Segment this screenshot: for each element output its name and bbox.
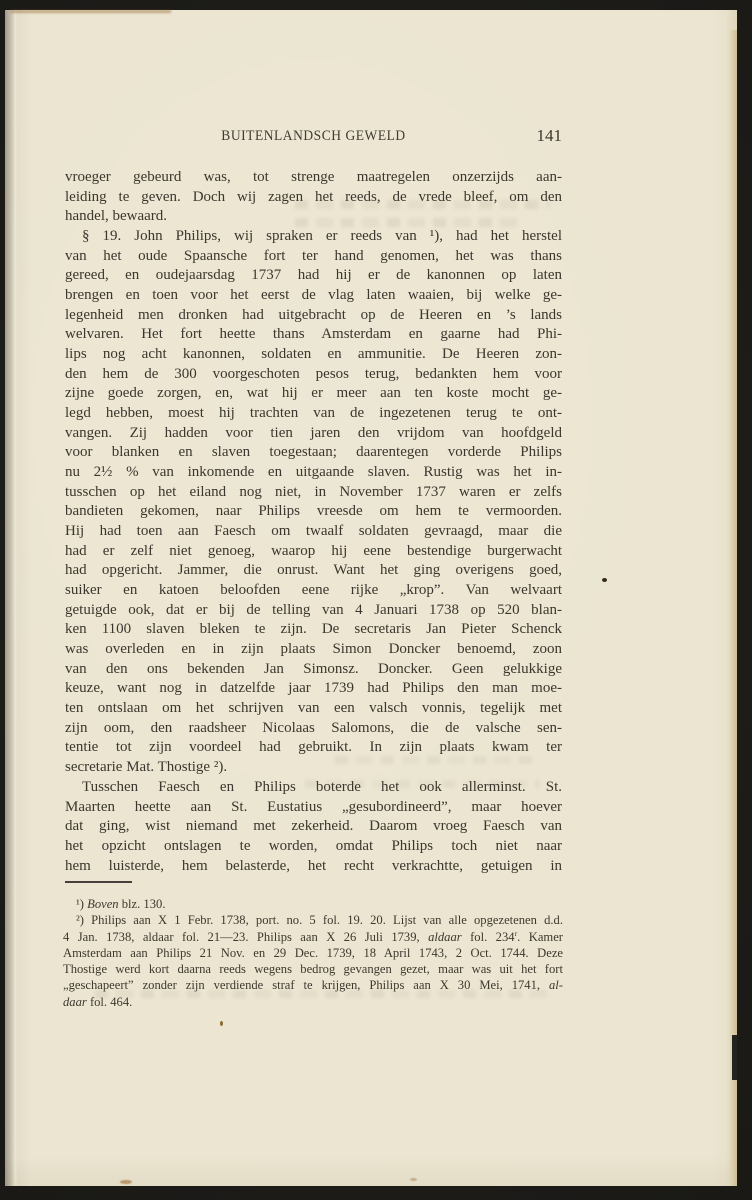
body-text-line: hem luisterde, hem belasterde, het recht…: [65, 857, 562, 877]
body-text-line: bandieten gekomen, naar Philips vreesde …: [65, 502, 562, 522]
body-text-line: suiker en katoen beloofden eene rijke „k…: [65, 581, 562, 601]
foxing-spot: [120, 1180, 132, 1184]
body-text-line: gereed, en oudejaarsdag 1737 had hij er …: [65, 266, 562, 286]
ink-speck: [602, 578, 607, 582]
footnote-line: ¹) Boven blz. 130.: [63, 896, 563, 912]
body-text-line: van het oude Spaansche fort ter hand gen…: [65, 247, 562, 267]
body-text-line: keuze, want nog in datzelfde jaar 1739 h…: [65, 679, 562, 699]
footnote-line: daar fol. 464.: [63, 994, 563, 1010]
footnotes: ¹) Boven blz. 130.²) Philips aan X 1 Feb…: [63, 896, 563, 1010]
footnote-separator-rule: [65, 881, 132, 883]
body-text-line: leiding te geven. Doch wij zagen het ree…: [65, 188, 562, 208]
body-text-line: voor blanken en slaven toegestaan; daare…: [65, 443, 562, 463]
footnote-line: 4 Jan. 1738, aldaar fol. 21—23. Philips …: [63, 929, 563, 945]
body-text-line: legd hebben, moest hij trachten van de i…: [65, 404, 562, 424]
body-text: vroeger gebeurd was, tot strenge maatreg…: [65, 168, 562, 876]
body-text-line: had er zelf niet genoeg, waarop hij eene…: [65, 542, 562, 562]
body-text-line: § 19. John Philips, wij spraken er reeds…: [65, 227, 562, 247]
footnote-line: ²) Philips aan X 1 Febr. 1738, port. no.…: [63, 912, 563, 928]
body-text-line: Maarten heette aan St. Eustatius „gesubo…: [65, 798, 562, 818]
footnote-line: „geschapeert” zonder zijn verdiende stra…: [63, 977, 563, 993]
page-left-edge: [5, 10, 18, 1186]
body-text-line: dat ging, wist niemand met zekerheid. Da…: [65, 817, 562, 837]
body-text-line: legenheid men dronken had uitgebracht op…: [65, 306, 562, 326]
body-text-line: zijne goede zorgen, en, wat hij er meer …: [65, 384, 562, 404]
body-text-line: secretarie Mat. Thostige ²).: [65, 758, 562, 778]
ink-speck: [220, 1021, 223, 1026]
body-text-line: getuigde ook, dat er bij de telling van …: [65, 601, 562, 621]
book-page: BUITENLANDSCH GEWELD 141 vroeger gebeurd…: [5, 10, 737, 1186]
page-top-edge-stain: [11, 10, 171, 13]
body-text-line: den hem de 300 voorgeschoten pesos terug…: [65, 365, 562, 385]
scan-background: { "header": { "title": "BUITENLANDSCH GE…: [0, 0, 752, 1200]
page-edge-notch: [732, 1035, 737, 1080]
body-text-line: was overleden en in zijn plaats Simon Do…: [65, 640, 562, 660]
body-text-line: Tusschen Faesch en Philips boterde het o…: [65, 778, 562, 798]
body-text-line: zijn oom, den raadsheer Nicolaas Salomon…: [65, 719, 562, 739]
footnote-line: Amsterdam aan Philips 21 Nov. en 29 Dec.…: [63, 945, 563, 961]
body-text-line: tusschen op het eiland nog niet, in Nove…: [65, 483, 562, 503]
foxing-spot: [410, 1178, 417, 1181]
body-text-line: ten ontslaan om het schrijven van een va…: [65, 699, 562, 719]
body-text-line: handel, bewaard.: [65, 207, 562, 227]
body-text-line: vangen. Zij hadden voor tien jaren den v…: [65, 424, 562, 444]
body-text-line: vroeger gebeurd was, tot strenge maatreg…: [65, 168, 562, 188]
page-right-edge: [729, 30, 737, 1186]
body-text-line: ken 1100 slaven bleken te zijn. De secre…: [65, 620, 562, 640]
body-text-line: het opzicht ontslagen te worden, omdat P…: [65, 837, 562, 857]
body-text-line: van den ons bekenden Jan Simonsz. Doncke…: [65, 660, 562, 680]
footnote-line: Thostige werd kort daarna reeds wegens b…: [63, 961, 563, 977]
body-text-line: brengen en toen voor het eerst de vlag l…: [65, 286, 562, 306]
body-text-line: Hij had toen aan Faesch om twaalf soldat…: [65, 522, 562, 542]
body-text-line: tentie tot zijn voordeel had gebruikt. I…: [65, 738, 562, 758]
body-text-line: welvaren. Het fort heette thans Amsterda…: [65, 325, 562, 345]
body-text-line: had opgericht. Jammer, die onrust. Want …: [65, 561, 562, 581]
body-text-line: lips nog acht kanonnen, soldaten en ammu…: [65, 345, 562, 365]
header-title: BUITENLANDSCH GEWELD: [90, 128, 537, 145]
body-text-line: nu 2½ % van inkomende en uitgaande slave…: [65, 463, 562, 483]
page-number: 141: [537, 126, 563, 146]
running-header: BUITENLANDSCH GEWELD 141: [65, 128, 562, 150]
